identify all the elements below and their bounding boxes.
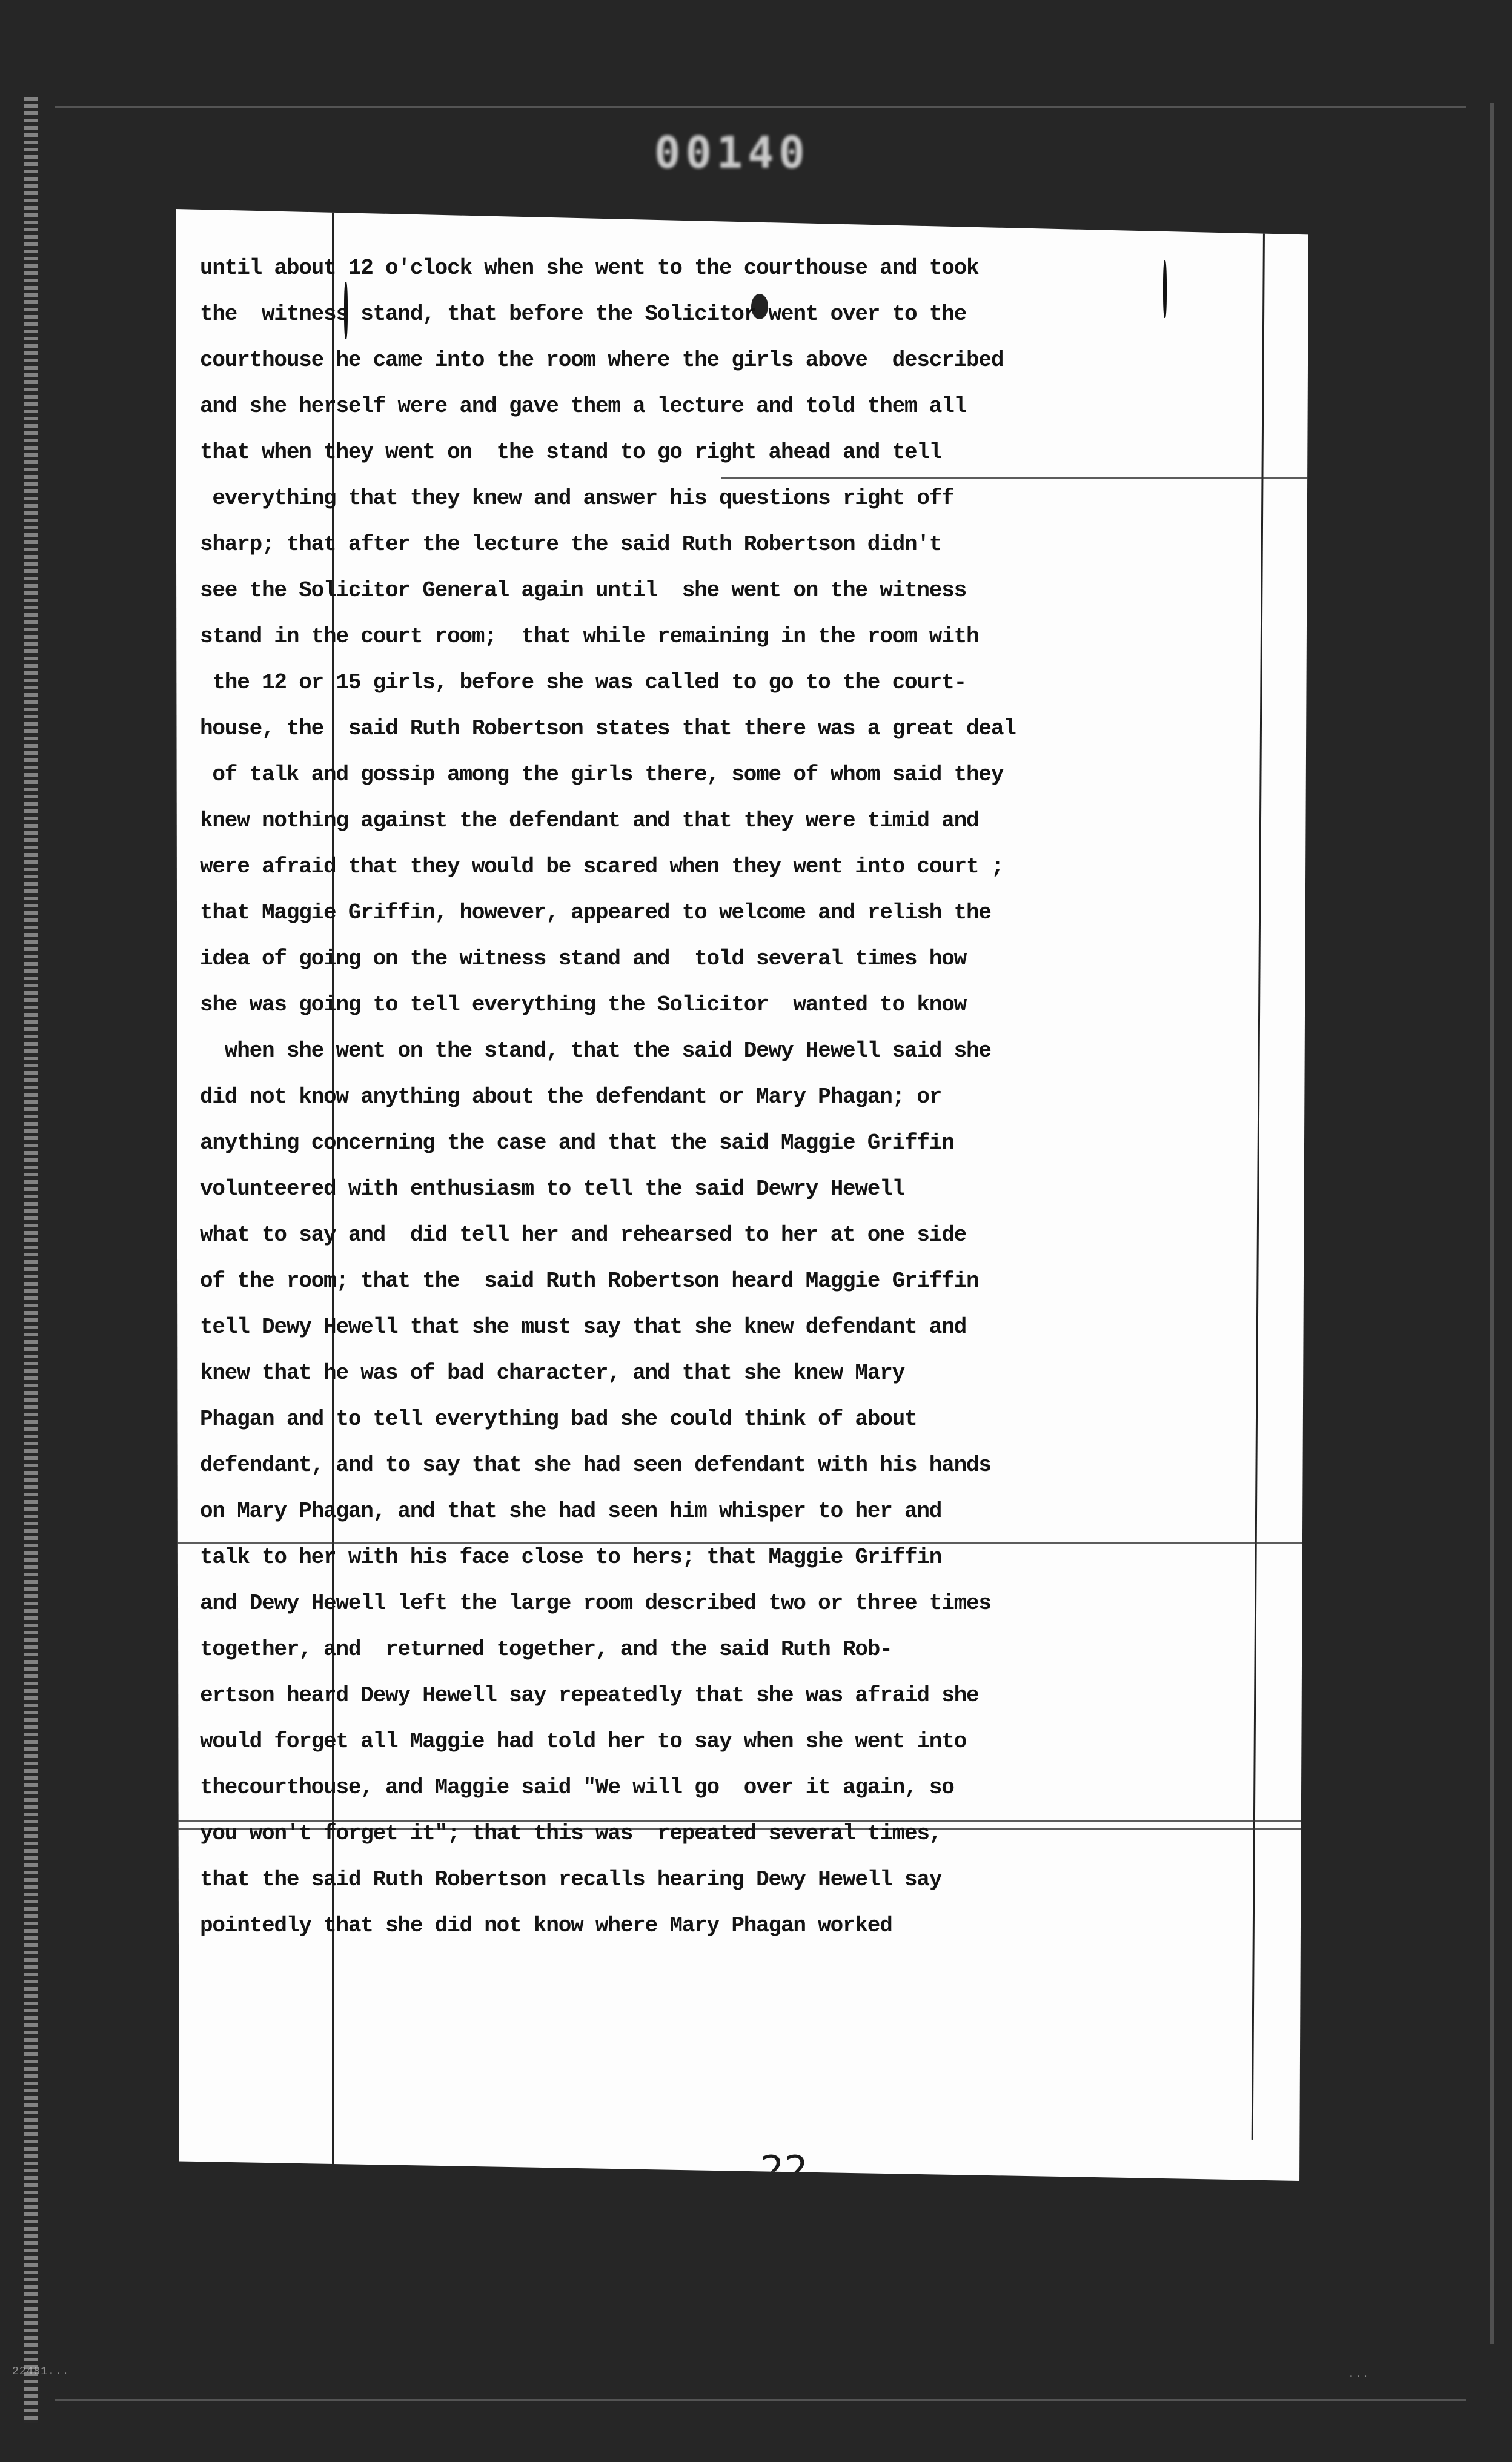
- text-line: defendant, and to say that she had seen …: [200, 1442, 1121, 1488]
- text-line: sharp; that after the lecture the said R…: [200, 522, 1121, 568]
- text-line: that when they went on the stand to go r…: [200, 430, 1121, 476]
- text-line: that Maggie Griffin, however, appeared t…: [200, 890, 1121, 936]
- text-line: she was going to tell everything the Sol…: [200, 982, 1121, 1028]
- text-line: ertson heard Dewy Hewell say repeatedly …: [200, 1673, 1121, 1719]
- text-line: were afraid that they would be scared wh…: [200, 844, 1121, 890]
- text-line: the 12 or 15 girls, before she was calle…: [200, 660, 1121, 706]
- right-margin-rule: [1252, 227, 1265, 2140]
- film-rule-top: [55, 106, 1466, 108]
- text-line: of talk and gossip among the girls there…: [200, 752, 1121, 798]
- binding-mark-right: [1163, 260, 1167, 318]
- film-corner-mark-right: ...: [1348, 2369, 1369, 2381]
- text-line: volunteered with enthusiasm to tell the …: [200, 1166, 1121, 1212]
- text-line: would forget all Maggie had told her to …: [200, 1719, 1121, 1765]
- text-line: knew nothing against the defendant and t…: [200, 798, 1121, 844]
- text-line: together, and returned together, and the…: [200, 1627, 1121, 1673]
- text-line: when she went on the stand, that the sai…: [200, 1028, 1121, 1074]
- text-line: and Dewy Hewell left the large room desc…: [200, 1581, 1121, 1627]
- text-line: courthouse he came into the room where t…: [200, 337, 1121, 383]
- text-line: and she herself were and gave them a lec…: [200, 383, 1121, 430]
- text-line: tell Dewy Hewell that she must say that …: [200, 1304, 1121, 1350]
- text-line: talk to her with his face close to hers;…: [200, 1535, 1121, 1581]
- text-line: stand in the court room; that while rema…: [200, 614, 1121, 660]
- film-sprocket-strip-left: [24, 97, 38, 2423]
- film-edge-right: [1490, 103, 1494, 2344]
- film-rule-bottom: [55, 2399, 1466, 2401]
- microfilm-frame-number: 00140: [654, 127, 810, 178]
- text-line: see the Solicitor General again until sh…: [200, 568, 1121, 614]
- text-line: what to say and did tell her and rehears…: [200, 1212, 1121, 1258]
- text-line: of the room; that the said Ruth Robertso…: [200, 1258, 1121, 1304]
- text-line: Phagan and to tell everything bad she co…: [200, 1396, 1121, 1442]
- text-line: you won't forget it"; that this was repe…: [200, 1811, 1121, 1857]
- text-line: on Mary Phagan, and that she had seen hi…: [200, 1488, 1121, 1535]
- text-line: did not know anything about the defendan…: [200, 1074, 1121, 1120]
- text-line: that the said Ruth Robertson recalls hea…: [200, 1857, 1121, 1903]
- text-line: thecourthouse, and Maggie said "We will …: [200, 1765, 1121, 1811]
- text-line: the witness stand, that before the Solic…: [200, 291, 1121, 337]
- text-line: until about 12 o'clock when she went to …: [200, 245, 1121, 291]
- text-line: anything concerning the case and that th…: [200, 1120, 1121, 1166]
- text-line: everything that they knew and answer his…: [200, 476, 1121, 522]
- film-corner-mark-left: 22481...: [12, 2366, 69, 2378]
- page-number: 22: [760, 2148, 808, 2192]
- text-line: house, the said Ruth Robertson states th…: [200, 706, 1121, 752]
- text-line: idea of going on the witness stand and t…: [200, 936, 1121, 982]
- text-line: pointedly that she did not know where Ma…: [200, 1903, 1121, 1949]
- typewritten-body: until about 12 o'clock when she went to …: [200, 245, 1121, 1949]
- text-line: knew that he was of bad character, and t…: [200, 1350, 1121, 1396]
